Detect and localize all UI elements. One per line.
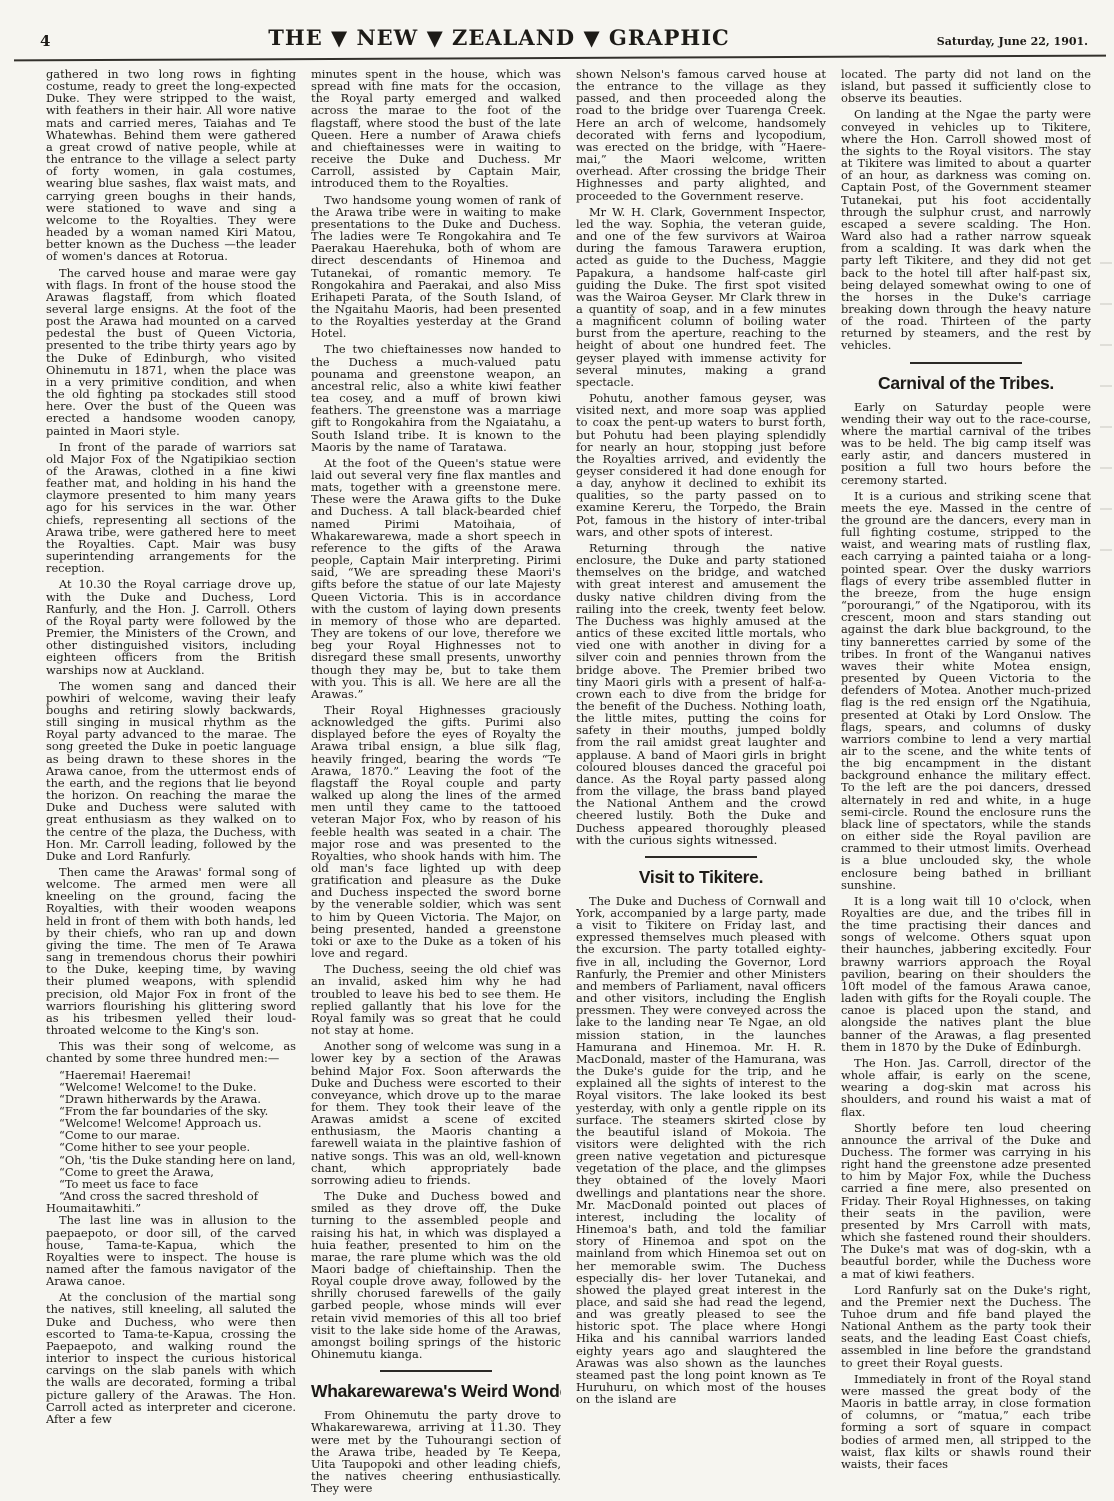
- paragraph: In front of the parade of warriors sat o…: [46, 441, 296, 575]
- newspaper-page: 4 THE ▼ NEW ▼ ZEALAND ▼ GRAPHIC Saturday…: [0, 0, 1114, 1501]
- paragraph: gathered in two long rows in fighting co…: [46, 68, 296, 263]
- paragraph: Shortly before ten loud cheering announc…: [841, 1122, 1091, 1280]
- paragraph: Pohutu, another famous geyser, was visit…: [576, 392, 826, 538]
- column-2: minutes spent in the house, which was sp…: [311, 68, 561, 1496]
- scan-artifact-speckles: [1100, 240, 1112, 560]
- song-line: “Come hither to see your people.: [46, 1141, 296, 1153]
- paragraph: On landing at the Ngae the party were co…: [841, 108, 1091, 351]
- section-divider-rule: [910, 362, 1022, 364]
- column-1: gathered in two long rows in fighting co…: [46, 68, 296, 1496]
- article-columns: gathered in two long rows in fighting co…: [0, 59, 1114, 1496]
- paragraph: Another song of welcome was sung in a lo…: [311, 1040, 561, 1186]
- paragraph: At the foot of the Queen's statue were l…: [311, 457, 561, 700]
- masthead-title: THE ▼ NEW ▼ ZEALAND ▼ GRAPHIC: [130, 25, 868, 50]
- column-3: shown Nelson's famous carved house at th…: [576, 68, 826, 1496]
- song-line: “Welcome! Welcome! to the Duke.: [46, 1081, 296, 1093]
- paragraph: This was their song of welcome, as chant…: [46, 1040, 296, 1064]
- paragraph: It is a long wait till 10 o'clock, when …: [841, 895, 1091, 1053]
- song-line: “And cross the sacred threshold of Houma…: [46, 1190, 296, 1214]
- column-4: located. The party did not land on the i…: [841, 68, 1091, 1496]
- paragraph: The two chieftainesses now handed to the…: [311, 343, 561, 452]
- paragraph: Returning through the native enclosure, …: [576, 542, 826, 846]
- paragraph: Mr W. H. Clark, Government Inspector, le…: [576, 206, 826, 388]
- paragraph: shown Nelson's famous carved house at th…: [576, 68, 826, 202]
- paragraph: minutes spent in the house, which was sp…: [311, 68, 561, 190]
- paragraph: The last line was in allusion to the pae…: [46, 1214, 296, 1287]
- section-divider-rule: [380, 1370, 492, 1372]
- paragraph: At the conclusion of the martial song th…: [46, 1291, 296, 1425]
- paragraph: The carved house and marae were gay with…: [46, 267, 296, 437]
- paragraph: located. The party did not land on the i…: [841, 68, 1091, 104]
- paragraph: The Duke and Duchess of Cornwall and Yor…: [576, 895, 826, 1406]
- page-number: 4: [40, 32, 130, 50]
- paragraph: Immediately in front of the Royal stand …: [841, 1373, 1091, 1470]
- paragraph: Early on Saturday people were wending th…: [841, 401, 1091, 486]
- paragraph: Then came the Arawas' formal song of wel…: [46, 866, 296, 1036]
- song-line: “Oh, 'tis the Duke standing here on land…: [46, 1154, 296, 1166]
- song-line: “Haeremai! Haeremai!: [46, 1069, 296, 1081]
- paragraph: The women sang and danced their powhiri …: [46, 680, 296, 862]
- paragraph: The Duchess, seeing the old chief was an…: [311, 963, 561, 1036]
- page-header: 4 THE ▼ NEW ▼ ZEALAND ▼ GRAPHIC Saturday…: [0, 0, 1114, 54]
- paragraph: The Hon. Jas. Carroll, director of the w…: [841, 1057, 1091, 1118]
- paragraph: The Duke and Duchess bowed and smiled as…: [311, 1190, 561, 1360]
- paragraph: It is a curious and striking scene that …: [841, 490, 1091, 891]
- article-headline: Visit to Tikitere.: [576, 867, 826, 888]
- article-headline: Carnival of the Tribes.: [841, 373, 1091, 394]
- paragraph: From Ohinemutu the party drove to Whakar…: [311, 1409, 561, 1494]
- paragraph: Their Royal Highnesses graciously acknow…: [311, 704, 561, 959]
- paragraph: At 10.30 the Royal carriage drove up, wi…: [46, 578, 296, 675]
- section-divider-rule: [645, 856, 757, 858]
- paragraph: Two handsome young women of rank of the …: [311, 194, 561, 340]
- paragraph: Lord Ranfurly sat on the Duke's right, a…: [841, 1284, 1091, 1369]
- article-headline: Whakarewarewa's Weird Wonders: [311, 1381, 561, 1402]
- issue-date: Saturday, June 22, 1901.: [868, 35, 1088, 50]
